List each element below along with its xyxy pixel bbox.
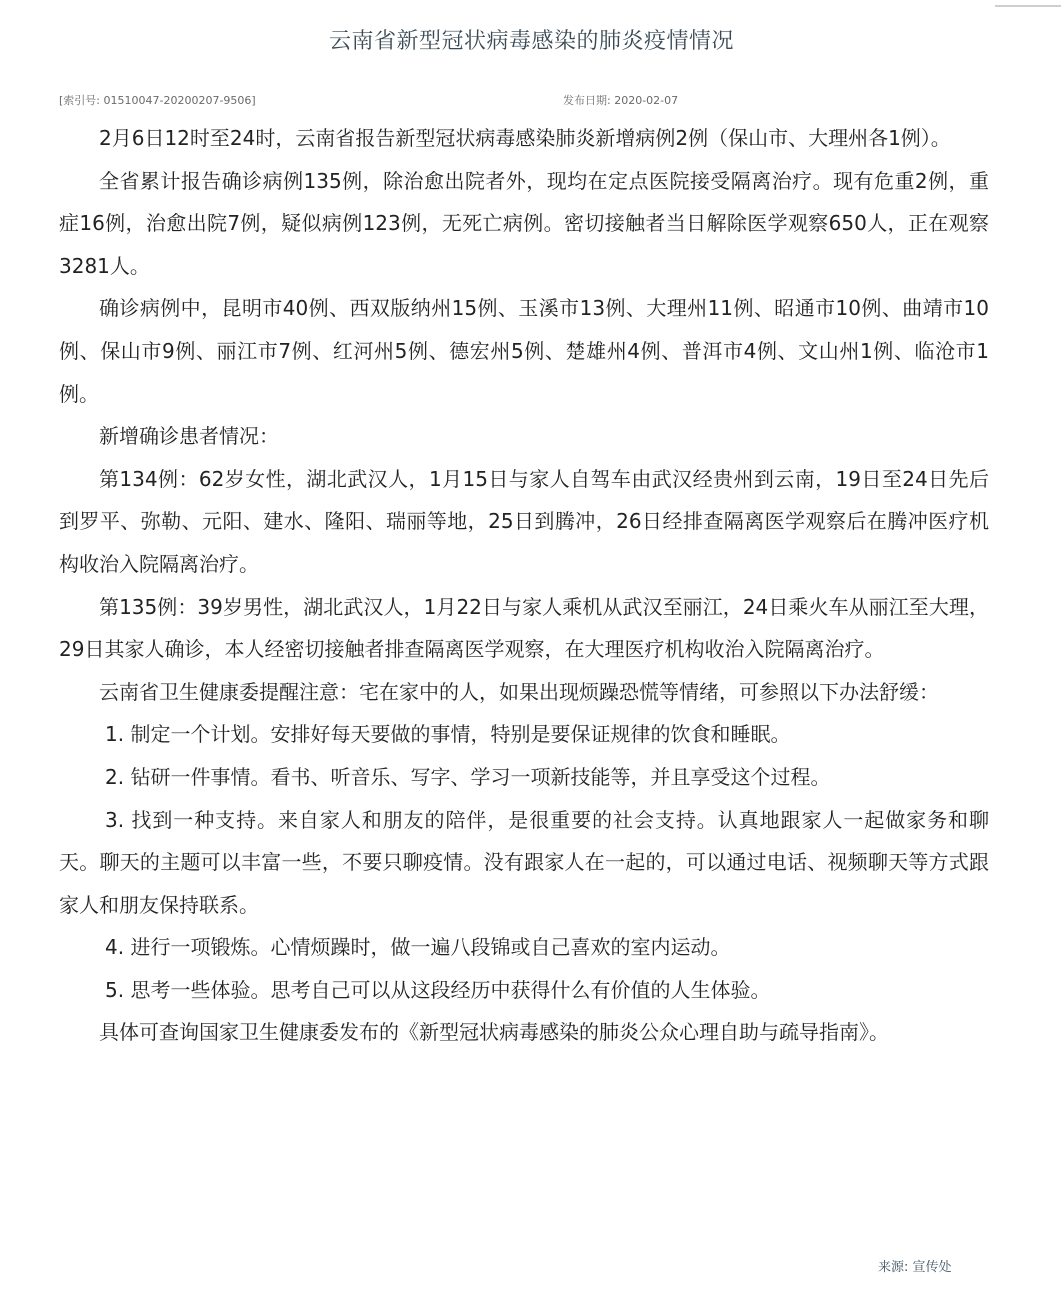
list-item-1: 1. 制定一个计划。安排好每天要做的事情，特别是要保证规律的饮食和睡眠。	[59, 713, 989, 756]
top-right-divider	[995, 5, 1061, 7]
paragraph-case-135: 第135例：39岁男性，湖北武汉人，1月22日与家人乘机从武汉至丽江，24日乘火…	[59, 586, 989, 671]
paragraph-regional-breakdown: 确诊病例中，昆明市40例、西双版纳州15例、玉溪市13例、大理州11例、昭通市1…	[59, 287, 989, 415]
paragraph-case-134: 第134例：62岁女性，湖北武汉人，1月15日与家人自驾车由武汉经贵州到云南，1…	[59, 458, 989, 586]
paragraph-cumulative: 全省累计报告确诊病例135例，除治愈出院者外，现均在定点医院接受隔离治疗。现有危…	[59, 160, 989, 288]
article-body: 2月6日12时至24时，云南省报告新型冠状病毒感染肺炎新增病例2例（保山市、大理…	[59, 117, 989, 1054]
paragraph-guide-reference: 具体可查询国家卫生健康委发布的《新型冠状病毒感染的肺炎公众心理自助与疏导指南》。	[59, 1011, 989, 1054]
paragraph-reminder: 云南省卫生健康委提醒注意：宅在家中的人，如果出现烦躁恐慌等情绪，可参照以下办法舒…	[59, 671, 989, 714]
list-item-3: 3. 找到一种支持。来自家人和朋友的陪伴，是很重要的社会支持。认真地跟家人一起做…	[59, 799, 989, 927]
index-number: [索引号: 01510047-20200207-9506]	[59, 92, 256, 108]
list-item-4: 4. 进行一项锻炼。心情烦躁时，做一遍八段锦或自己喜欢的室内运动。	[59, 926, 989, 969]
paragraph-new-cases: 2月6日12时至24时，云南省报告新型冠状病毒感染肺炎新增病例2例（保山市、大理…	[59, 117, 989, 160]
list-item-2: 2. 钻研一件事情。看书、听音乐、写字、学习一项新技能等，并且享受这个过程。	[59, 756, 989, 799]
source-label: 来源: 宣传处	[878, 1256, 952, 1275]
paragraph-new-patients-heading: 新增确诊患者情况：	[59, 415, 989, 458]
list-item-5: 5. 思考一些体验。思考自己可以从这段经历中获得什么有价值的人生体验。	[59, 969, 989, 1012]
page-title: 云南省新型冠状病毒感染的肺炎疫情情况	[0, 24, 1063, 55]
publish-date: 发布日期: 2020-02-07	[563, 92, 678, 108]
